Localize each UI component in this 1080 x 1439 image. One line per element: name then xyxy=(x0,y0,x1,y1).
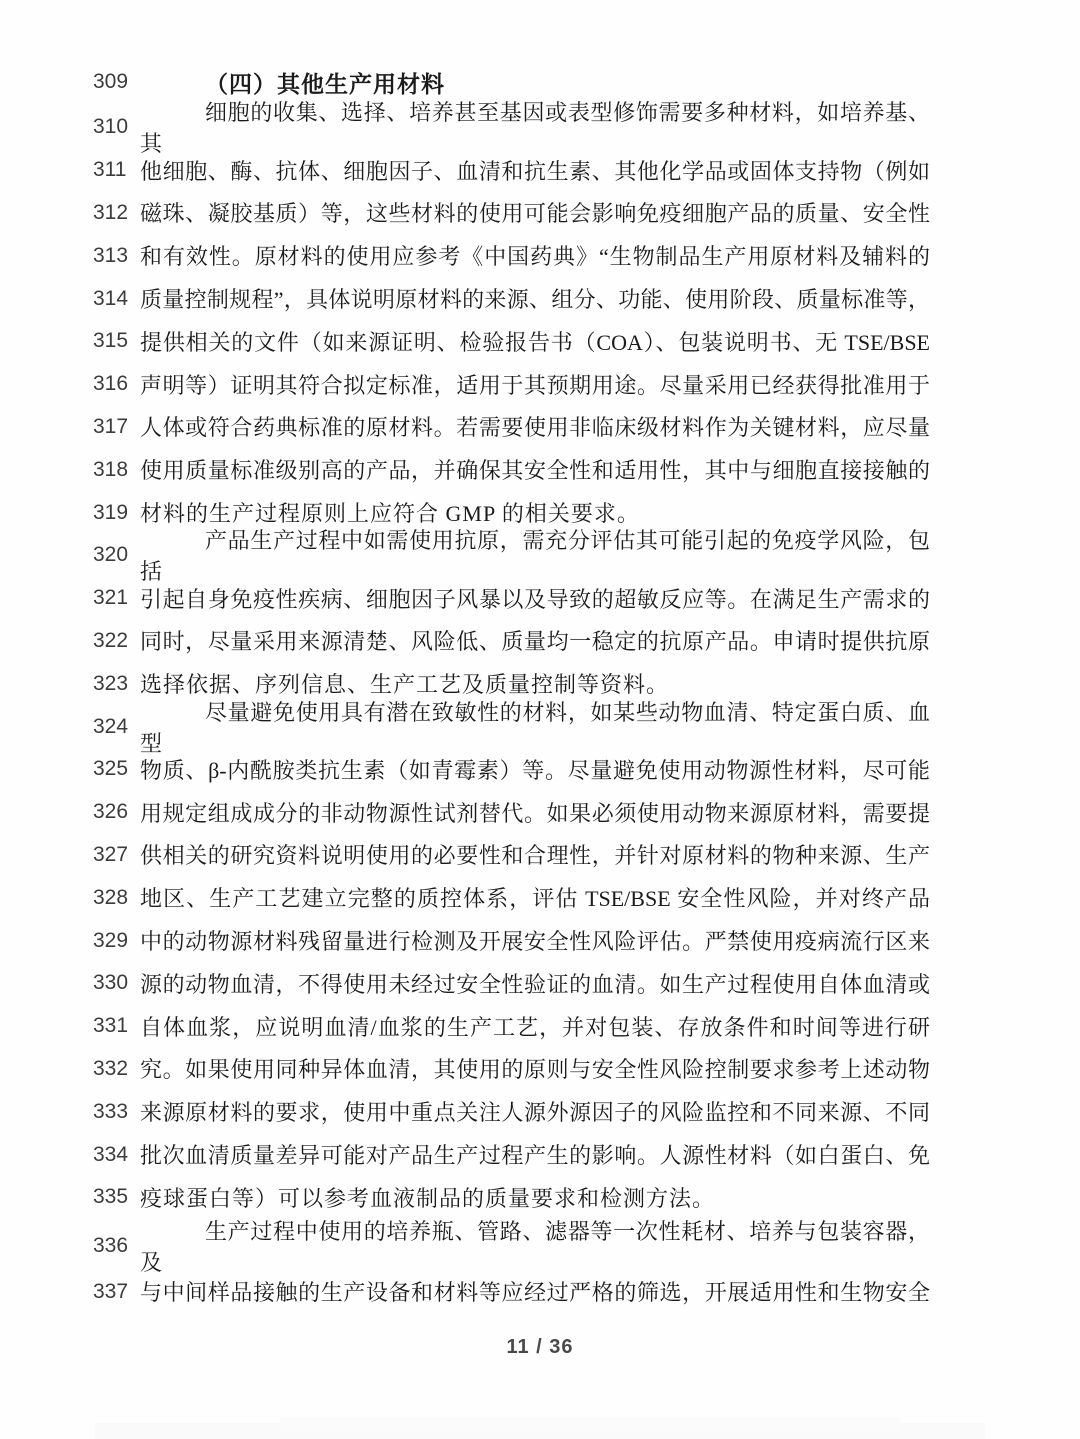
line-number: 318 xyxy=(93,458,140,482)
line-number: 314 xyxy=(93,287,140,311)
text-line-row: 333 来源原材料的要求，使用中重点关注人源外源因子的风险监控和不同来源、不同 xyxy=(0,1090,1080,1133)
line-text: 批次血清质量差异可能对产品生产过程产生的影响。人源性材料（如白蛋白、免 xyxy=(140,1139,930,1170)
line-number: 335 xyxy=(93,1185,140,1209)
line-number: 312 xyxy=(93,201,140,225)
line-text: 尽量避免使用具有潜在致敏性的材料，如某些动物血清、特定蛋白质、血型 xyxy=(140,696,930,758)
line-text: 人体或符合药典标准的原材料。若需要使用非临床级材料作为关键材料，应尽量 xyxy=(140,411,930,442)
text-line-row: 329 中的动物源材料残留量进行检测及开展安全性风险评估。严禁使用疫病流行区来 xyxy=(0,919,1080,962)
text-line-row: 313 和有效性。原材料的使用应参考《中国药典》“生物制品生产用原材料及辅料的 xyxy=(0,234,1080,277)
text-line-row: 337 与中间样品接触的生产设备和材料等应经过严格的筛选，开展适用性和生物安全 xyxy=(0,1269,1080,1315)
document-page: 309 （四）其他生产用材料 310 细胞的收集、选择、培养甚至基因或表型修饰需… xyxy=(0,0,1080,1439)
line-text: 供相关的研究资料说明使用的必要性和合理性，并针对原材料的物种来源、生产 xyxy=(140,839,930,870)
line-text: 细胞的收集、选择、培养甚至基因或表型修饰需要多种材料，如培养基、其 xyxy=(140,96,930,158)
line-text: 质量控制规程”，具体说明原材料的来源、组分、功能、使用阶段、质量标准等， xyxy=(140,283,930,314)
text-line-row: 311 他细胞、酶、抗体、细胞因子、血清和抗生素、其他化学品或固体支持物（例如 xyxy=(0,149,1080,192)
line-text: 生产过程中使用的培养瓶、管路、滤器等一次性耗材、培养与包装容器，及 xyxy=(140,1215,930,1277)
text-line-row: 325 物质、β-内酰胺类抗生素（如青霉素）等。尽量避免使用动物源性材料，尽可能 xyxy=(0,748,1080,791)
line-number: 336 xyxy=(93,1234,140,1258)
line-number: 316 xyxy=(93,372,140,396)
text-line-row: 327 供相关的研究资料说明使用的必要性和合理性，并针对原材料的物种来源、生产 xyxy=(0,834,1080,877)
page-number: 11 / 36 xyxy=(0,1336,1080,1359)
line-text: 究。如果使用同种异体血清，其使用的原则与安全性风险控制要求参考上述动物 xyxy=(140,1053,930,1084)
line-text: 他细胞、酶、抗体、细胞因子、血清和抗生素、其他化学品或固体支持物（例如 xyxy=(140,155,930,186)
line-number: 317 xyxy=(93,415,140,439)
line-text: 和有效性。原材料的使用应参考《中国药典》“生物制品生产用原材料及辅料的 xyxy=(140,240,930,271)
line-number: 330 xyxy=(93,971,140,995)
text-line-row: 317 人体或符合药典标准的原材料。若需要使用非临床级材料作为关键材料，应尽量 xyxy=(0,406,1080,449)
text-line-row: 326 用规定组成成分的非动物源性试剂替代。如果必须使用动物来源原材料，需要提 xyxy=(0,791,1080,834)
line-number: 315 xyxy=(93,329,140,353)
text-body: 309 （四）其他生产用材料 310 细胞的收集、选择、培养甚至基因或表型修饰需… xyxy=(0,58,1080,1315)
line-text: 地区、生产工艺建立完整的质控体系，评估 TSE/BSE 安全性风险，并对终产品 xyxy=(140,882,930,913)
line-text: 磁珠、凝胶基质）等，这些材料的使用可能会影响免疫细胞产品的质量、安全性 xyxy=(140,197,930,228)
line-number: 327 xyxy=(93,843,140,867)
text-line-row: 334 批次血清质量差异可能对产品生产过程产生的影响。人源性材料（如白蛋白、免 xyxy=(0,1133,1080,1176)
text-line-row: 328 地区、生产工艺建立完整的质控体系，评估 TSE/BSE 安全性风险，并对… xyxy=(0,876,1080,919)
text-line-row: 336 生产过程中使用的培养瓶、管路、滤器等一次性耗材、培养与包装容器，及 xyxy=(0,1223,1080,1269)
text-line-row: 335 疫球蛋白等）可以参考血液制品的质量要求和检测方法。 xyxy=(0,1176,1080,1219)
line-text: 声明等）证明其符合拟定标准，适用于其预期用途。尽量采用已经获得批准用于 xyxy=(140,369,930,400)
text-line-row: 310 细胞的收集、选择、培养甚至基因或表型修饰需要多种材料，如培养基、其 xyxy=(0,106,1080,149)
line-text: 与中间样品接触的生产设备和材料等应经过严格的筛选，开展适用性和生物安全 xyxy=(140,1276,930,1307)
text-line-row: 324 尽量避免使用具有潜在致敏性的材料，如某些动物血清、特定蛋白质、血型 xyxy=(0,705,1080,748)
text-line-row: 320 产品生产过程中如需使用抗原，需充分评估其可能引起的免疫学风险，包括 xyxy=(0,534,1080,577)
line-number: 313 xyxy=(93,244,140,268)
line-text: （四）其他生产用材料 xyxy=(140,66,930,99)
line-number: 309 xyxy=(93,70,140,94)
line-text: 使用质量标准级别高的产品，并确保其安全性和适用性，其中与细胞直接接触的 xyxy=(140,454,930,485)
line-number: 322 xyxy=(93,629,140,653)
line-text: 同时，尽量采用来源清楚、风险低、质量均一稳定的抗原产品。申请时提供抗原 xyxy=(140,625,930,656)
line-number: 319 xyxy=(93,501,140,525)
line-number: 333 xyxy=(93,1100,140,1124)
line-text: 引起自身免疫性疾病、细胞因子风暴以及导致的超敏反应等。在满足生产需求的 xyxy=(140,583,930,614)
text-line-row: 321 引起自身免疫性疾病、细胞因子风暴以及导致的超敏反应等。在满足生产需求的 xyxy=(0,577,1080,620)
text-line-row: 315 提供相关的文件（如来源证明、检验报告书（COA）、包装说明书、无 TSE… xyxy=(0,320,1080,363)
text-line-row: 316 声明等）证明其符合拟定标准，适用于其预期用途。尽量采用已经获得批准用于 xyxy=(0,363,1080,406)
text-line-row: 331 自体血浆，应说明血清/血浆的生产工艺，并对包装、存放条件和时间等进行研 xyxy=(0,1005,1080,1048)
line-number: 324 xyxy=(93,715,140,739)
text-line-row: 330 源的动物血清，不得使用未经过安全性验证的血清。如生产过程使用自体血清或 xyxy=(0,962,1080,1005)
line-text: 来源原材料的要求，使用中重点关注人源外源因子的风险监控和不同来源、不同 xyxy=(140,1096,930,1127)
line-number: 311 xyxy=(93,158,140,182)
line-number: 331 xyxy=(93,1014,140,1038)
line-text: 提供相关的文件（如来源证明、检验报告书（COA）、包装说明书、无 TSE/BSE xyxy=(140,326,930,357)
text-line-row: 322 同时，尽量采用来源清楚、风险低、质量均一稳定的抗原产品。申请时提供抗原 xyxy=(0,620,1080,663)
text-line-row: 314 质量控制规程”，具体说明原材料的来源、组分、功能、使用阶段、质量标准等， xyxy=(0,277,1080,320)
line-text: 自体血浆，应说明血清/血浆的生产工艺，并对包装、存放条件和时间等进行研 xyxy=(140,1011,930,1042)
line-number: 337 xyxy=(93,1280,140,1304)
text-line-row: 332 究。如果使用同种异体血清，其使用的原则与安全性风险控制要求参考上述动物 xyxy=(0,1048,1080,1091)
line-number: 321 xyxy=(93,586,140,610)
line-text: 物质、β-内酰胺类抗生素（如青霉素）等。尽量避免使用动物源性材料，尽可能 xyxy=(140,754,930,785)
line-text: 疫球蛋白等）可以参考血液制品的质量要求和检测方法。 xyxy=(140,1182,930,1213)
line-text: 产品生产过程中如需使用抗原，需充分评估其可能引起的免疫学风险，包括 xyxy=(140,524,930,586)
line-number: 320 xyxy=(93,543,140,567)
text-line-row: 318 使用质量标准级别高的产品，并确保其安全性和适用性，其中与细胞直接接触的 xyxy=(0,448,1080,491)
line-text: 源的动物血清，不得使用未经过安全性验证的血清。如生产过程使用自体血清或 xyxy=(140,968,930,999)
line-text: 用规定组成成分的非动物源性试剂替代。如果必须使用动物来源原材料，需要提 xyxy=(140,797,930,828)
line-number: 329 xyxy=(93,929,140,953)
line-number: 323 xyxy=(93,672,140,696)
line-number: 328 xyxy=(93,886,140,910)
line-text: 中的动物源材料残留量进行检测及开展安全性风险评估。严禁使用疫病流行区来 xyxy=(140,925,930,956)
text-line-row: 312 磁珠、凝胶基质）等，这些材料的使用可能会影响免疫细胞产品的质量、安全性 xyxy=(0,192,1080,235)
line-number: 334 xyxy=(93,1143,140,1167)
line-number: 332 xyxy=(93,1057,140,1081)
line-number: 310 xyxy=(93,115,140,139)
line-number: 326 xyxy=(93,800,140,824)
scan-shadow xyxy=(280,1417,900,1431)
line-number: 325 xyxy=(93,757,140,781)
